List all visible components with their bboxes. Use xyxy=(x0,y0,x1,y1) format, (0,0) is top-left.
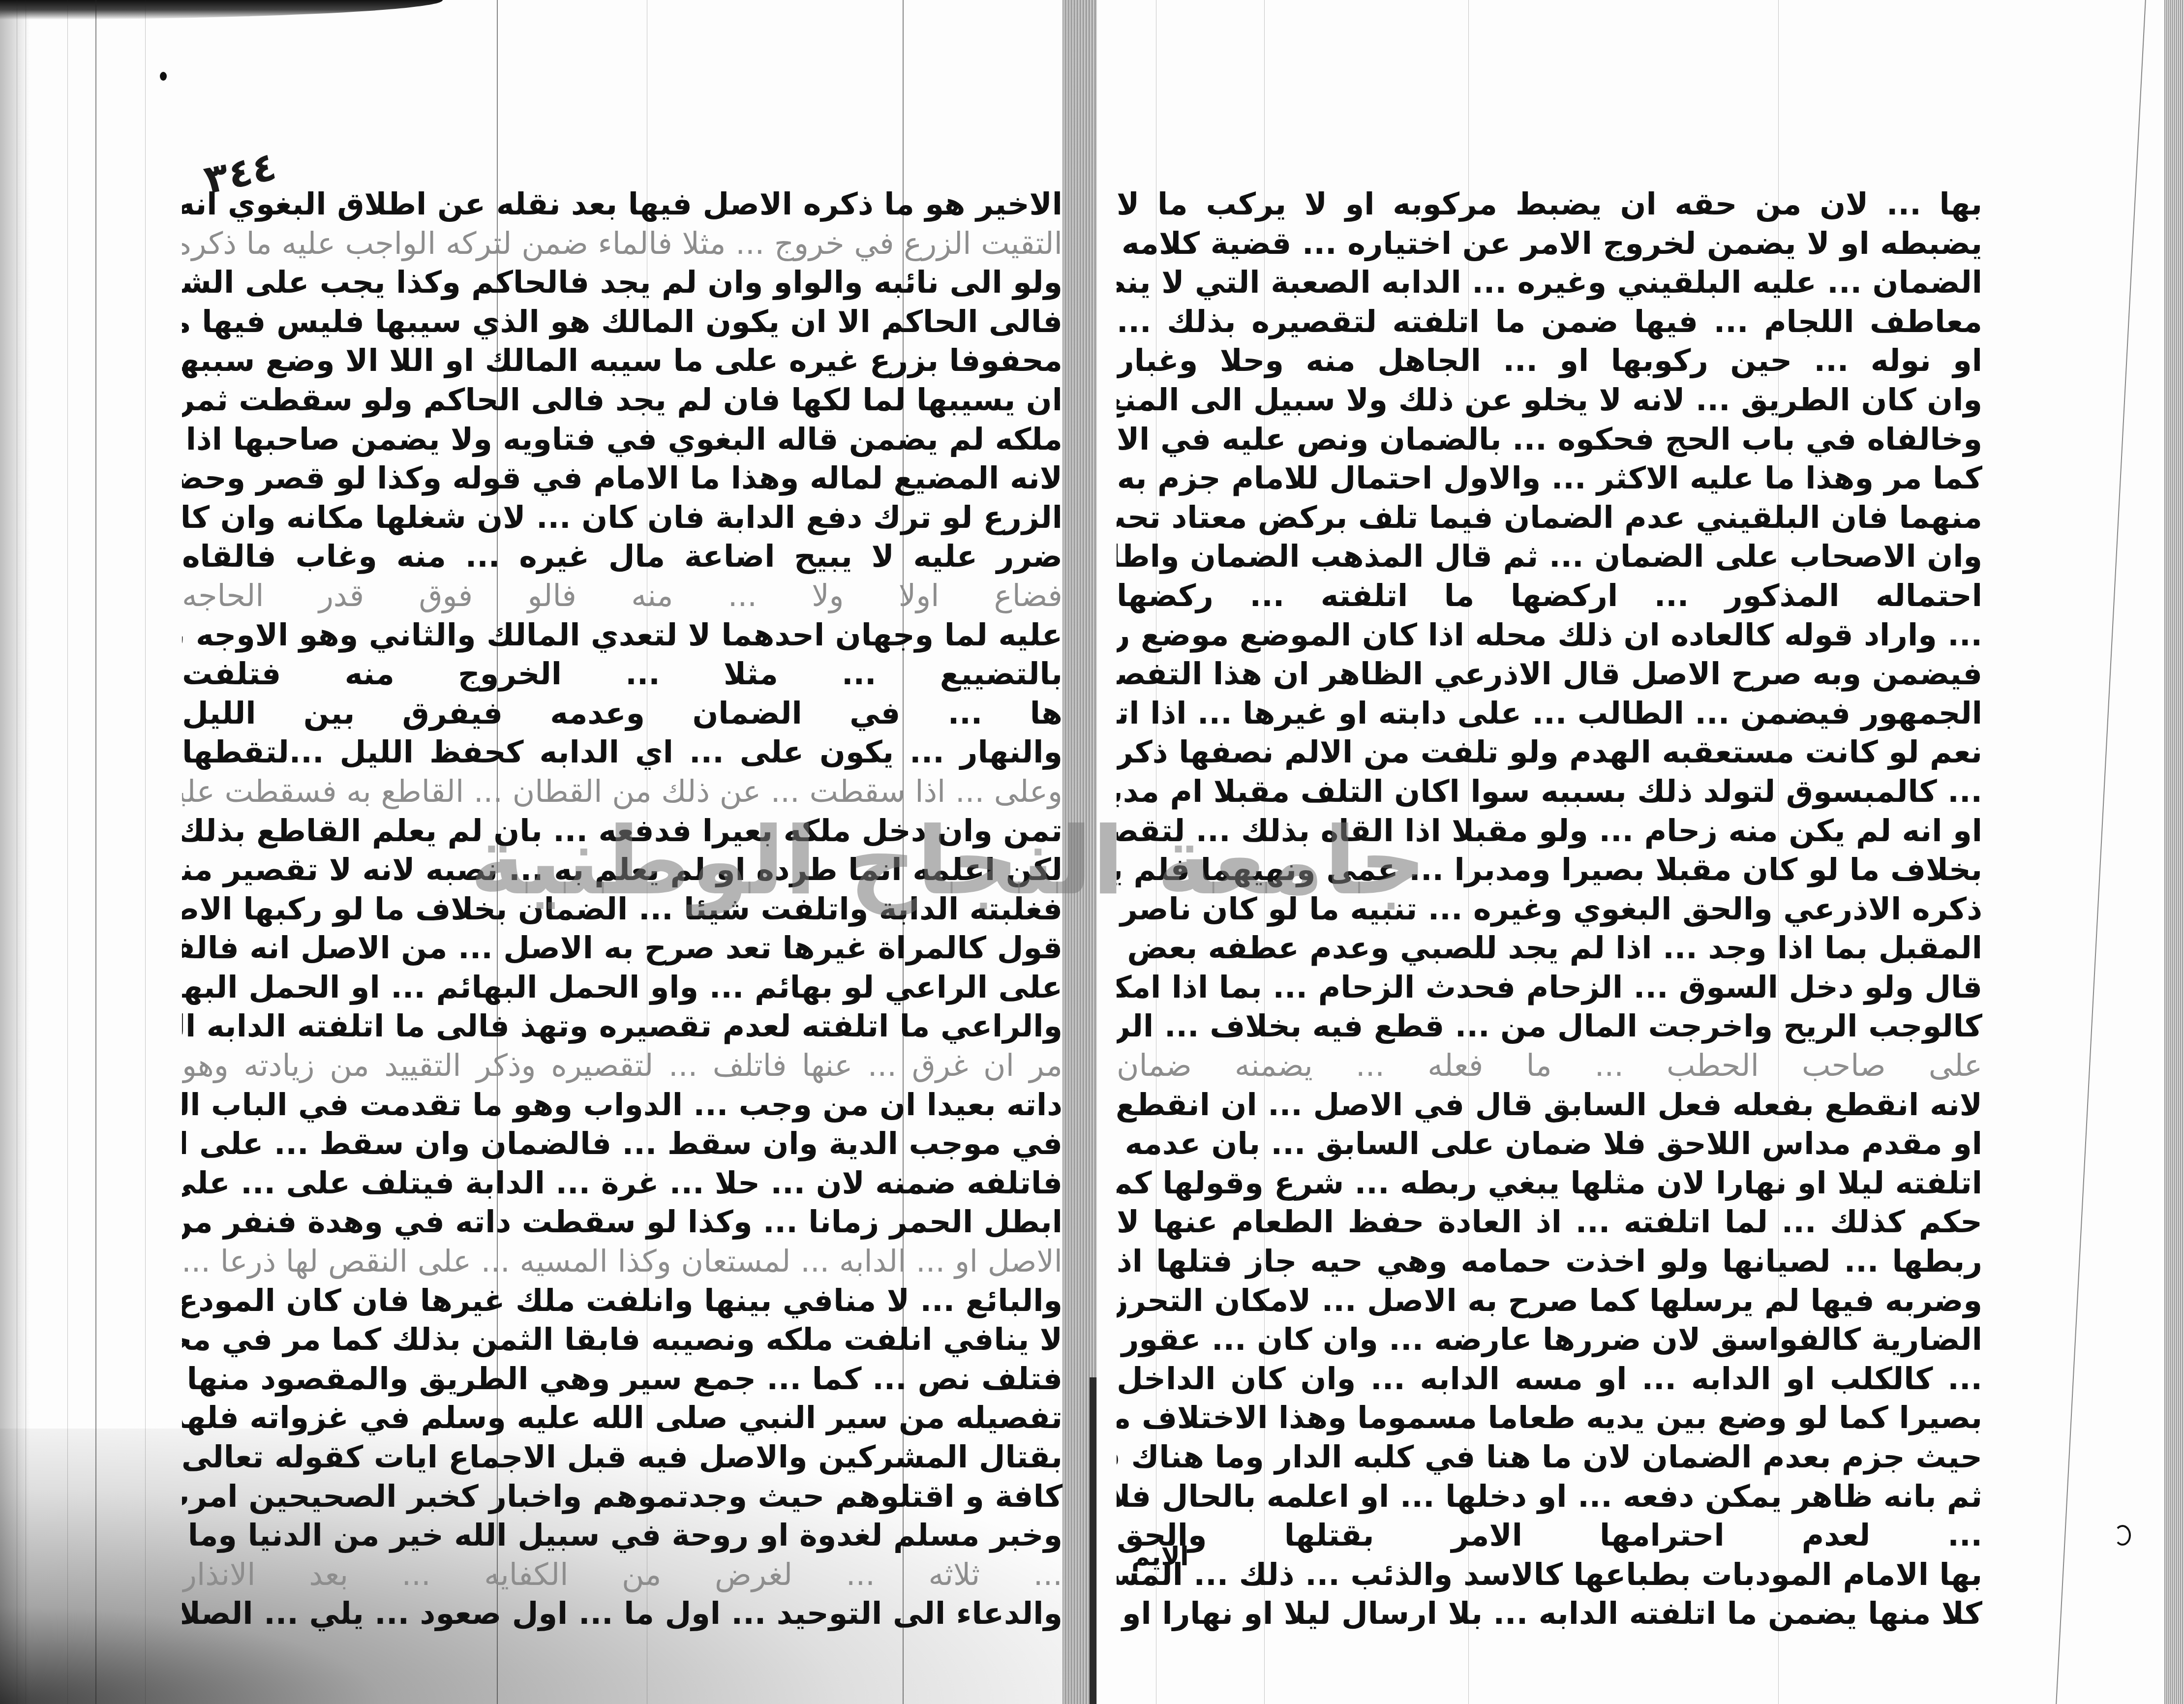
text-line: ... كالكلب او الدابه ... او مسه الدابه .… xyxy=(1117,1359,1982,1399)
text-line: الاصل او ... الدابه ... لمستعان وكذا الم… xyxy=(182,1242,1062,1281)
text-line: تفصيله من سير النبي صلى الله عليه وسلم ف… xyxy=(182,1398,1062,1437)
text-line: بها ... لان من حقه ان يضبط مركوبه او لا … xyxy=(1117,184,1982,224)
text-line: على الراعي لو بهائم ... واو الحمل البهائ… xyxy=(182,968,1062,1007)
text-line: لانه انقطع بفعله فعل السابق قال في الاصل… xyxy=(1117,1085,1982,1125)
margin-ink-mark xyxy=(2114,1525,2131,1546)
text-line: ملكه لم يضمن قاله البغوي في فتاويه ولا ي… xyxy=(182,420,1062,459)
catchword: الايم xyxy=(1131,1542,1189,1572)
text-line: داته بعيدا ان من وجب ... الدواب وهو ما ت… xyxy=(182,1085,1062,1125)
text-line: والدعاء الى التوحيد ... اول ما ... اول ص… xyxy=(182,1594,1062,1633)
scan-artifact-line xyxy=(145,0,146,1704)
text-line: ضرر عليه لا يبيح اضاعة مال غيره ... منه … xyxy=(182,537,1062,576)
text-line: في موجب الدية وان سقط ... فالضمان وان سق… xyxy=(182,1124,1062,1163)
text-line: فغلبته الدابة واتلفت شيئا ... الضمان بخل… xyxy=(182,889,1062,929)
text-line: وان كان الطريق ... لانه لا يخلو عن ذلك و… xyxy=(1117,380,1982,420)
text-line: تمن وان دخل ملكه بعيرا فدفعه ... بان لم … xyxy=(182,811,1062,851)
text-line: يضبطه او لا يضمن لخروج الامر عن اختياره … xyxy=(1117,224,1982,263)
text-line: بقتال المشركين والاصل فيه قبل الاجماع اي… xyxy=(182,1437,1062,1477)
scan-artifact-line xyxy=(17,0,17,1704)
text-line: حيث جزم بعدم الضمان لان ما هنا في كلبه ا… xyxy=(1117,1437,1982,1477)
text-line: نعم لو كانت مستعقبه الهدم ولو تلفت من ال… xyxy=(1117,732,1982,772)
text-line: فضاع اولا ولا ... منه فالو فوق قدر الحاج… xyxy=(182,576,1062,615)
text-line: معاطف اللجام ... فيها ضمن ما اتلفته لتقص… xyxy=(1117,302,1982,341)
text-line: عليه لما وجهان احدهما لا لتعدي المالك وا… xyxy=(182,615,1062,655)
text-line: ولو الى نائبه والواو وان لم يجد فالحاكم … xyxy=(182,263,1062,302)
text-line: الاخير هو ما ذكره الاصل فيها بعد نقله عن… xyxy=(182,184,1062,224)
text-line: لانه المضيع لماله وهذا ما الامام في قوله… xyxy=(182,458,1062,498)
ink-dot xyxy=(160,72,167,81)
text-line: مر ان غرق ... عنها فاتلف ... لتقصيره وذك… xyxy=(182,1046,1062,1085)
left-page-text: الاخير هو ما ذكره الاصل فيها بعد نقله عن… xyxy=(182,184,1062,1633)
text-line: الضمان ... عليه البلقيني وغيره ... الداب… xyxy=(1117,263,1982,302)
text-line: منهما فان البلقيني عدم الضمان فيما تلف ب… xyxy=(1117,498,1982,537)
text-line: ... واراد قوله كالعاده ان ذلك محله اذا ك… xyxy=(1117,615,1982,655)
text-line: ربطها ... لصيانها ولو اخذت حمامه وهي حيه… xyxy=(1117,1242,1982,1281)
right-page-text: بها ... لان من حقه ان يضبط مركوبه او لا … xyxy=(1117,184,1982,1633)
text-line: لكن اعلمه انما طرده او لم يعلم به ... نص… xyxy=(182,850,1062,889)
page-edge-right xyxy=(2164,0,2184,1704)
text-line: محفوفا بزرع غيره على ما سيبه المالك او ا… xyxy=(182,341,1062,380)
text-line: احتماله المذكور ... اركضها ما اتلفته ...… xyxy=(1117,576,1982,615)
text-line: التقيت الزرع في خروج ... مثلا فالماء ضمن… xyxy=(182,224,1062,263)
text-line: الجمهور فيضمن ... الطالب ... على دابته ا… xyxy=(1117,694,1982,733)
text-line: والراعي ما اتلفته لعدم تقصيره وتهذ فالى … xyxy=(182,1006,1062,1046)
text-line: والنهار ... يكون على ... اي الدابه كحفظ … xyxy=(182,732,1062,772)
text-line: فيضمن وبه صرح الاصل قال الاذرعي الظاهر ا… xyxy=(1117,654,1982,694)
scan-artifact-line xyxy=(26,0,26,1704)
scan-artifact-line xyxy=(67,0,68,1704)
text-line: ... كالمبسوق لتولد ذلك بسببه سوا اكان ال… xyxy=(1117,772,1982,811)
text-line: او انه لم يكن منه زحام ... ولو مقبلا اذا… xyxy=(1117,811,1982,851)
text-line: لا ينافي انلفت ملكه ونصيبه فابقا الثمن ب… xyxy=(182,1320,1062,1359)
text-line: وان الاصحاب على الضمان ... ثم قال المذهب… xyxy=(1117,537,1982,576)
text-line: ان يسيبها لما لكها فان لم يجد فالى الحاك… xyxy=(182,380,1062,420)
text-line: الضارية كالفواسق لان ضررها عارضه ... وان… xyxy=(1117,1320,1982,1359)
text-line: او مقدم مداس اللاحق فلا ضمان على السابق … xyxy=(1117,1124,1982,1163)
text-line: فالى الحاكم الا ان يكون المالك هو الذي س… xyxy=(182,302,1062,341)
text-line: فتلف نص ... كما ... جمع سير وهي الطريق و… xyxy=(182,1359,1062,1399)
text-line: كالوجب الريح واخرجت المال من ... قطع فيه… xyxy=(1117,1006,1982,1046)
text-line: بخلاف ما لو كان مقبلا بصيرا ومدبرا ... ع… xyxy=(1117,850,1982,889)
text-line: بصيرا كما لو وضع بين يديه طعاما مسموما و… xyxy=(1117,1398,1982,1437)
text-line: وخبر مسلم لغدوة او روحة في سبيل الله خير… xyxy=(182,1516,1062,1555)
text-line: كما مر وهذا ما عليه الاكثر ... والاول اح… xyxy=(1117,458,1982,498)
scan-artifact-line xyxy=(95,0,96,1704)
text-line: بالتضييع ... مثلا ... الخروج منه فتلفت xyxy=(182,654,1062,694)
text-line: وضربه فيها لم يرسلها كما صرح به الاصل ..… xyxy=(1117,1281,1982,1320)
text-line: على صاحب الحطب ... ما فعله ... يضمنه ضما… xyxy=(1117,1046,1982,1085)
text-line: قول كالمراة غيرها تعد صرح به الاصل ... م… xyxy=(182,928,1062,968)
text-line: وعلى ... اذا سقطت ... عن ذلك من القطان .… xyxy=(182,772,1062,811)
text-line: ابطل الحمر زمانا ... وكذا لو سقطت داته ف… xyxy=(182,1202,1062,1242)
text-line: او نوله ... حين ركوبها او ... الجاهل منه… xyxy=(1117,341,1982,380)
text-line: وخالفاه في باب الحج فحكوه ... بالضمان ون… xyxy=(1117,420,1982,459)
text-line: كافة و اقتلوهم حيث وجدتموهم واخبار كخبر … xyxy=(182,1477,1062,1516)
text-line: كلا منها يضمن ما اتلفته الدابه ... بلا ا… xyxy=(1117,1594,1982,1633)
text-line: ... ثلاثه ... لغرض من الكفايه ... بعد ال… xyxy=(182,1555,1062,1594)
text-line: ثم بانه ظاهر يمكن دفعه ... او دخلها ... … xyxy=(1117,1477,1982,1516)
text-line: ذكره الاذرعي والحق البغوي وغيره ... تنبي… xyxy=(1117,889,1982,929)
text-line: قال ولو دخل السوق ... الزحام فحدث الزحام… xyxy=(1117,968,1982,1007)
text-line: حكم كذلك ... لما اتلفته ... اذ العادة حف… xyxy=(1117,1202,1982,1242)
text-line: اتلفته ليلا او نهارا لان مثلها يبغي ربطه… xyxy=(1117,1163,1982,1203)
text-line: والبائع ... لا منافي بينها وانلفت ملك غي… xyxy=(182,1281,1062,1320)
text-line: المقبل بما اذا وجد ... اذا لم يجد للصبي … xyxy=(1117,928,1982,968)
book-gutter-shadow xyxy=(1090,1377,1096,1704)
text-line: الزرع لو ترك دفع الدابة فان كان ... لان … xyxy=(182,498,1062,537)
text-line: فاتلفه ضمنه لان ... حلا ... غرة ... الدا… xyxy=(182,1163,1062,1203)
text-line: ... لعدم احترامها الامر بقتلها والحق xyxy=(1117,1516,1982,1555)
text-line: بها الامام المودبات بطباعها كالاسد والذئ… xyxy=(1117,1555,1982,1594)
text-line: ها ... في الضمان وعدمه فيفرق بين الليل xyxy=(182,694,1062,733)
